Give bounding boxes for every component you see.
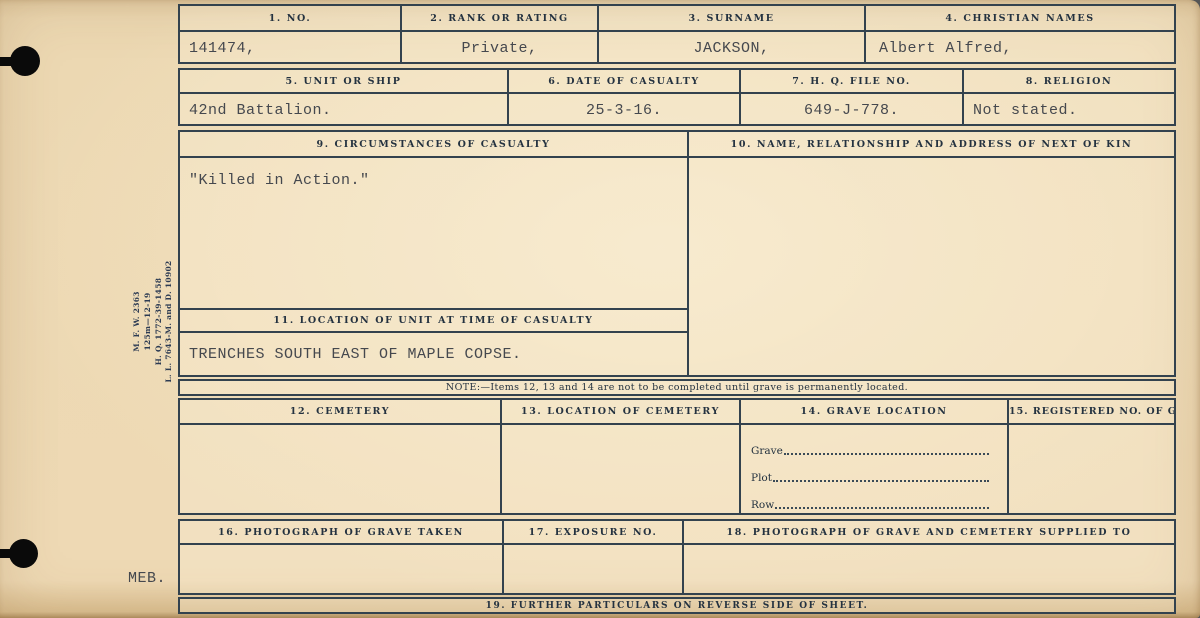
footer-text: 19. FURTHER PARTICULARS ON REVERSE SIDE …	[486, 601, 869, 611]
field-circumstances-value: "Killed in Action."	[189, 172, 370, 308]
field-surname-value: JACKSON,	[693, 40, 769, 62]
field-registered-no: 15. REGISTERED NO. OF GRAVE	[1007, 400, 1174, 513]
stamp-line: 125m—12-19	[143, 292, 154, 350]
field-date-of-casualty: 6. DATE OF CASUALTY 25-3-16.	[507, 70, 739, 124]
form-number-stamp: M. F. W. 2363 125m—12-19 H. Q. 1772-39-1…	[130, 265, 177, 378]
field-christian-names: 4. CHRISTIAN NAMES Albert Alfred,	[864, 6, 1174, 62]
field-cemetery: 12. CEMETERY	[180, 400, 500, 513]
row-photo: 16. PHOTOGRAPH OF GRAVE TAKEN 17. EXPOSU…	[178, 519, 1176, 595]
punch-slot-top	[0, 57, 22, 66]
note-text: NOTE:—Items 12, 13 and 14 are not to be …	[446, 382, 908, 393]
field-hq-file-no-value: 649-J-778.	[804, 102, 899, 124]
field-cemetery-label: 12. CEMETERY	[290, 406, 390, 417]
stamp-line: M. F. W. 2363	[132, 291, 143, 352]
punch-slot-bottom	[0, 549, 20, 558]
field-rank-label: 2. RANK OR RATING	[430, 13, 568, 24]
row-unit: 5. UNIT OR SHIP 42nd Battalion. 6. DATE …	[178, 68, 1176, 126]
field-rank-value: Private,	[461, 40, 537, 62]
row-grave: 12. CEMETERY 13. LOCATION OF CEMETERY 14…	[178, 398, 1176, 515]
field-photo-supplied-label: 18. PHOTOGRAPH OF GRAVE AND CEMETERY SUP…	[727, 527, 1132, 538]
field-grave-location-label: 14. GRAVE LOCATION	[800, 406, 947, 417]
note-strip: NOTE:—Items 12, 13 and 14 are not to be …	[178, 379, 1176, 396]
plot-line: Plot	[751, 472, 991, 484]
field-location-of-unit: 11. LOCATION OF UNIT AT TIME OF CASUALTY	[180, 308, 687, 333]
field-unit-label: 5. UNIT OR SHIP	[286, 76, 402, 87]
field-registered-no-label: 15. REGISTERED NO. OF GRAVE	[1009, 406, 1174, 417]
field-circumstances-label: 9. CIRCUMSTANCES OF CASUALTY	[317, 139, 551, 150]
row-line: Row	[751, 499, 991, 511]
dotted-leader	[773, 479, 989, 482]
field-location-of-unit-label: 11. LOCATION OF UNIT AT TIME OF CASUALTY	[273, 315, 593, 326]
casualty-record-card: M. F. W. 2363 125m—12-19 H. Q. 1772-39-1…	[0, 0, 1200, 618]
field-grave-location: 14. GRAVE LOCATION Grave Plot Row	[739, 400, 1007, 513]
field-religion-value: Not stated.	[973, 102, 1078, 124]
field-christian-names-value: Albert Alfred,	[879, 40, 1012, 62]
field-christian-names-label: 4. CHRISTIAN NAMES	[945, 13, 1094, 24]
plot-line-label: Plot	[751, 472, 772, 484]
field-hq-file-no-label: 7. H. Q. FILE NO.	[792, 76, 911, 87]
grave-line: Grave	[751, 445, 991, 457]
footer-strip: 19. FURTHER PARTICULARS ON REVERSE SIDE …	[178, 597, 1176, 614]
field-no-label: 1. NO.	[269, 13, 312, 24]
field-religion: 8. RELIGION Not stated.	[962, 70, 1174, 124]
row-identity: 1. NO. 141474, 2. RANK OR RATING Private…	[178, 4, 1176, 64]
dotted-leader	[775, 506, 989, 509]
field-photo-taken-label: 16. PHOTOGRAPH OF GRAVE TAKEN	[218, 527, 464, 538]
field-exposure-no: 17. EXPOSURE NO.	[502, 521, 682, 593]
field-location-of-unit-value: TRENCHES SOUTH EAST OF MAPLE COPSE.	[189, 346, 522, 363]
field-exposure-no-label: 17. EXPOSURE NO.	[529, 527, 658, 538]
field-unit-value: 42nd Battalion.	[189, 102, 332, 124]
stamp-line: L. L. 7643-M. and D. 10902	[164, 260, 175, 382]
field-photo-taken: 16. PHOTOGRAPH OF GRAVE TAKEN	[180, 521, 502, 593]
row-line-label: Row	[751, 499, 774, 511]
clerk-initials: MEB.	[128, 570, 166, 587]
field-rank: 2. RANK OR RATING Private,	[400, 6, 597, 62]
field-location-of-cemetery: 13. LOCATION OF CEMETERY	[500, 400, 739, 513]
field-no-value: 141474,	[189, 40, 256, 62]
field-no: 1. NO. 141474,	[180, 6, 400, 62]
field-date-of-casualty-value: 25-3-16.	[586, 102, 662, 124]
field-photo-supplied: 18. PHOTOGRAPH OF GRAVE AND CEMETERY SUP…	[682, 521, 1174, 593]
field-hq-file-no: 7. H. Q. FILE NO. 649-J-778.	[739, 70, 962, 124]
field-location-of-cemetery-label: 13. LOCATION OF CEMETERY	[521, 406, 720, 417]
field-next-of-kin-label: 10. NAME, RELATIONSHIP AND ADDRESS OF NE…	[731, 139, 1133, 150]
field-religion-label: 8. RELIGION	[1026, 76, 1113, 87]
field-next-of-kin: 10. NAME, RELATIONSHIP AND ADDRESS OF NE…	[687, 132, 1174, 375]
field-circumstances: 9. CIRCUMSTANCES OF CASUALTY "Killed in …	[180, 132, 687, 375]
field-surname-label: 3. SURNAME	[688, 13, 774, 24]
dotted-leader	[784, 452, 989, 455]
field-surname: 3. SURNAME JACKSON,	[597, 6, 864, 62]
stamp-line: H. Q. 1772-39-1458	[154, 278, 165, 366]
grave-line-label: Grave	[751, 445, 783, 457]
field-unit: 5. UNIT OR SHIP 42nd Battalion.	[180, 70, 507, 124]
section-casualty-details: 9. CIRCUMSTANCES OF CASUALTY "Killed in …	[178, 130, 1176, 377]
field-date-of-casualty-label: 6. DATE OF CASUALTY	[548, 76, 700, 87]
